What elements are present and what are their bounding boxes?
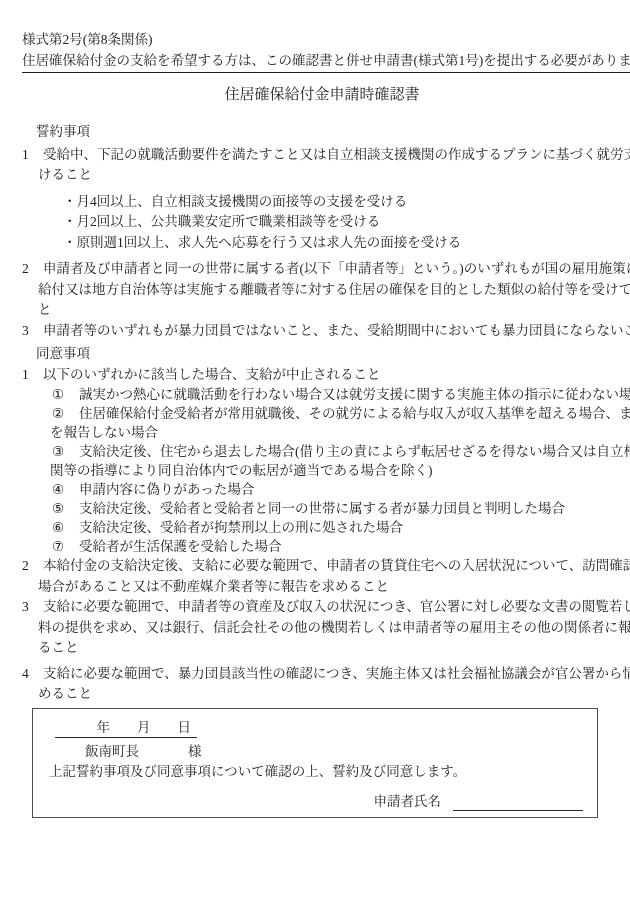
document-page: 様式第2号(第8条関係) 住居確保給付金の支給を希望する方は、この確認書と併せ申… <box>0 0 630 903</box>
consent-subitem-3-number: ③ <box>52 442 79 461</box>
consent-subitem-5: ⑤ 支給決定後、受給者と受給者と同一の世帯に属する者が暴力団員と判明した場合 <box>52 499 622 518</box>
pledge-item-3-text: 申請者等のいずれもが暴力団員ではないこと、また、受給期間中においても暴力団員にな… <box>43 321 630 342</box>
applicant-name-blank-field <box>453 794 583 811</box>
consent-item-3-continuation-2: ること <box>38 638 622 659</box>
pledge-item-2-number: 2 <box>22 259 43 280</box>
notice-line: 住居確保給付金の支給を希望する方は、この確認書と併せ申請書(様式第1号)を提出す… <box>22 51 622 74</box>
pledge-section-heading: 誓約事項 <box>36 122 622 143</box>
pledge-bullet-2: ・月2回以上、公共職業安定所で職業相談等を受ける <box>63 212 622 233</box>
pledge-item-2-continuation-1: 給付又は地方自治体等は実施する離職者等に対する住居の確保を目的とした類似の給付等… <box>38 280 622 301</box>
consent-subitem-1-text: 誠実かつ熱心に就職活動を行わない場合又は就労支援に関する実施主体の指示に従わない… <box>79 385 630 404</box>
agreement-statement: 上記誓約事項及び同意事項について確認の上、誓約及び同意します。 <box>49 762 583 783</box>
consent-subitem-5-text: 支給決定後、受給者と受給者と同一の世帯に属する者が暴力団員と判明した場合 <box>79 499 565 518</box>
consent-item-4: 4 支給に必要な範囲で、暴力団員該当性の確認につき、実施主体又は社会福祉協議会が… <box>22 664 622 685</box>
consent-item-1: 1 以下のいずれかに該当した場合、支給が中止されること <box>22 365 622 386</box>
pledge-item-2-continuation-2: と <box>38 300 622 321</box>
consent-item-3-number: 3 <box>22 597 43 618</box>
addressee-honorific: 様 <box>188 742 202 762</box>
applicant-name-row: 申請者氏名 <box>49 793 583 811</box>
consent-subitem-3-text: 支給決定後、住宅から退去した場合(借り主の責によらず転居せざるを得ない場合又は自… <box>79 442 630 461</box>
consent-subitem-7-text: 受給者が生活保護を受給した場合 <box>79 537 282 556</box>
consent-subitem-4-number: ④ <box>52 480 79 499</box>
pledge-item-1-text: 受給中、下記の就職活動要件を満たすこと又は自立相談支援機関の作成するプランに基づ… <box>43 145 630 166</box>
consent-subitem-7-number: ⑦ <box>52 537 79 556</box>
pledge-item-3-number: 3 <box>22 321 43 342</box>
notice-text: 住居確保給付金の支給を希望する方は、この確認書と併せ申請書(様式第1号)を提出す… <box>22 51 630 74</box>
page-title: 住居確保給付金申請時確認書 <box>22 85 622 105</box>
consent-item-2: 2 本給付金の支給決定後、支給に必要な範囲で、申請者の賃貸住宅への入居状況につい… <box>22 556 622 577</box>
pledge-item-2: 2 申請者及び申請者と同一の世帯に属する者(以下「申請者等」という。)のいずれも… <box>22 259 622 280</box>
consent-subitem-2-continuation: を報告しない場合 <box>50 423 622 442</box>
consent-item-4-text: 支給に必要な範囲で、暴力団員該当性の確認につき、実施主体又は社会福祉協議会が官公… <box>43 664 630 685</box>
consent-subitem-3: ③ 支給決定後、住宅から退去した場合(借り主の責によらず転居せざるを得ない場合又… <box>52 442 622 461</box>
consent-subitem-6-number: ⑥ <box>52 518 79 537</box>
consent-subitem-6: ⑥ 支給決定後、受給者が拘禁刑以上の刑に処された場合 <box>52 518 622 537</box>
signature-box: 年 月 日 飯南町長 様 上記誓約事項及び同意事項について確認の上、誓約及び同意… <box>32 708 598 818</box>
consent-item-3: 3 支給に必要な範囲で、申請者等の資産及び収入の状況につき、官公署に対し必要な文… <box>22 597 622 618</box>
pledge-item-2-text: 申請者及び申請者と同一の世帯に属する者(以下「申請者等」という。)のいずれもが国… <box>43 259 630 280</box>
consent-subitem-1-number: ① <box>52 385 79 404</box>
pledge-item-1-continuation: けること <box>38 165 622 186</box>
consent-item-3-text: 支給に必要な範囲で、申請者等の資産及び収入の状況につき、官公署に対し必要な文書の… <box>43 597 630 618</box>
applicant-name-label: 申請者氏名 <box>374 793 442 811</box>
consent-subitem-3-continuation: 関等の指導により同自治体内での転居が適当である場合を除く) <box>50 461 622 480</box>
date-blank-field: 年 月 日 <box>55 718 197 738</box>
consent-item-2-number: 2 <box>22 556 43 577</box>
consent-subitem-2-number: ② <box>52 404 79 423</box>
consent-item-1-number: 1 <box>22 365 43 386</box>
consent-item-4-continuation: めること <box>38 684 622 705</box>
consent-subitem-4: ④ 申請内容に偽りがあった場合 <box>52 480 622 499</box>
consent-subitem-2-text: 住居確保給付金受給者が常用就職後、その就労による給与収入が収入基準を超える場合、… <box>79 404 630 423</box>
pledge-bullet-3: ・原則週1回以上、求人先へ応募を行う又は求人先の面接を受ける <box>63 233 622 254</box>
form-number-label: 様式第2号(第8条関係) <box>22 30 622 51</box>
consent-item-4-number: 4 <box>22 664 43 685</box>
consent-subitem-5-number: ⑤ <box>52 499 79 518</box>
consent-section-heading: 同意事項 <box>36 344 622 365</box>
date-row: 年 月 日 <box>55 718 583 738</box>
pledge-item-1: 1 受給中、下記の就職活動要件を満たすこと又は自立相談支援機関の作成するプランに… <box>22 145 622 166</box>
addressee-row: 飯南町長 様 <box>85 742 583 762</box>
consent-item-2-text: 本給付金の支給決定後、支給に必要な範囲で、申請者の賃貸住宅への入居状況について、… <box>43 556 630 577</box>
consent-subitem-2: ② 住居確保給付金受給者が常用就職後、その就労による給与収入が収入基準を超える場… <box>52 404 622 423</box>
addressee-name: 飯南町長 <box>85 742 139 762</box>
consent-subitem-7: ⑦ 受給者が生活保護を受給した場合 <box>52 537 622 556</box>
consent-subitem-1: ① 誠実かつ熱心に就職活動を行わない場合又は就労支援に関する実施主体の指示に従わ… <box>52 385 622 404</box>
consent-item-3-continuation-1: 料の提供を求め、又は銀行、信託会社その他の機関若しくは申請者等の雇用主その他の関… <box>38 618 622 639</box>
consent-subitem-4-text: 申請内容に偽りがあった場合 <box>79 480 254 499</box>
consent-item-1-text: 以下のいずれかに該当した場合、支給が中止されること <box>43 365 381 386</box>
consent-subitem-6-text: 支給決定後、受給者が拘禁刑以上の刑に処された場合 <box>79 518 403 537</box>
pledge-bullet-1: ・月4回以上、自立相談支援機関の面接等の支援を受ける <box>63 192 622 213</box>
pledge-item-1-number: 1 <box>22 145 43 166</box>
pledge-item-3: 3 申請者等のいずれもが暴力団員ではないこと、また、受給期間中においても暴力団員… <box>22 321 622 342</box>
consent-item-2-continuation: 場合があること又は不動産媒介業者等に報告を求めること <box>38 577 622 598</box>
